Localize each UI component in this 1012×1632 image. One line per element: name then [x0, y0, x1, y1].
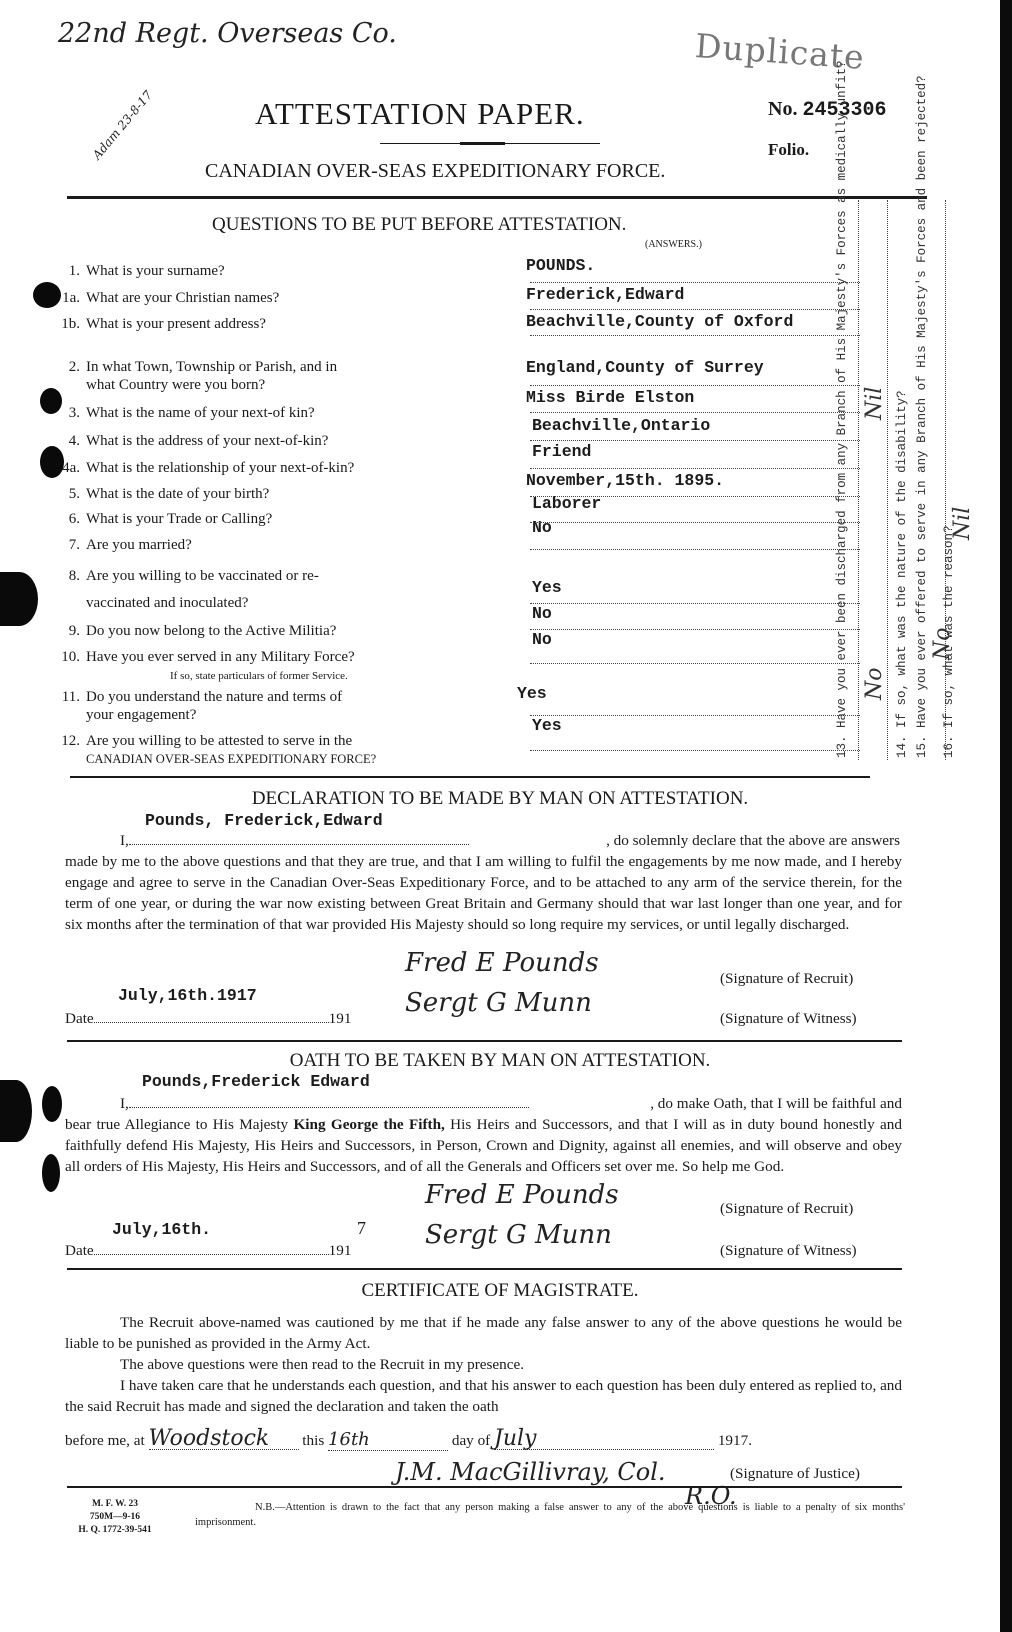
certificate-day: 16th: [328, 1429, 448, 1451]
question-1a: 1a.What are your Christian names?: [50, 289, 530, 307]
answer-3: Miss Birde Elston: [526, 388, 694, 407]
oath-lead-text: , do make Oath, that I will be faithful …: [565, 1093, 902, 1114]
answer-1: POUNDS.: [526, 256, 595, 275]
side-question-14: 14. If so, what was the nature of the di…: [895, 390, 909, 758]
declaration-witness-signature: Sergt G Munn: [405, 988, 592, 1018]
question-5: 5.What is the date of your birth?: [50, 485, 530, 503]
declaration-witness-sig-label: (Signature of Witness): [720, 1008, 857, 1029]
answer-line: [530, 440, 860, 441]
justice-sig-label: (Signature of Justice): [730, 1463, 860, 1484]
answer-line: [530, 549, 860, 550]
declaration-date-line: Date191: [65, 1008, 351, 1029]
answer-11: Yes: [517, 684, 547, 703]
certificate-heading: CERTIFICATE OF MAGISTRATE.: [0, 1280, 1000, 1302]
answer-8: Yes: [532, 578, 562, 597]
section-rule: [67, 1268, 902, 1270]
question-4: 4.What is the address of your next-of-ki…: [50, 432, 530, 450]
declaration-lead-text: , do solemnly declare that the above are…: [555, 830, 900, 851]
declaration-name-typed: Pounds, Frederick,Edward: [145, 811, 383, 830]
oath-witness-sig-label: (Signature of Witness): [720, 1240, 857, 1261]
answer-line: [530, 603, 860, 604]
answer-1a: Frederick,Edward: [526, 285, 684, 304]
answer-5: November,15th. 1895.: [526, 471, 724, 490]
certificate-para-3: I have taken care that he understands ea…: [65, 1375, 902, 1417]
declaration-heading: DECLARATION TO BE MADE BY MAN ON ATTESTA…: [0, 788, 1000, 810]
question-3: 3.What is the name of your next-of kin?: [50, 404, 530, 422]
answer-line: [530, 629, 860, 630]
question-12: 12.Are you willing to be attested to ser…: [50, 732, 530, 768]
header-rule: [67, 196, 927, 199]
question-1b: 1b.What is your present address?: [50, 315, 530, 333]
answer-1b: Beachville,County of Oxford: [526, 312, 793, 331]
certificate-month: July: [494, 1428, 714, 1450]
oath-body: bear true Allegiance to His Majesty King…: [65, 1114, 902, 1177]
section-rule: [67, 1486, 902, 1488]
oath-date-typed: July,16th.: [112, 1220, 211, 1239]
answer-line: [530, 309, 860, 310]
punch-hole: [0, 572, 38, 626]
document-subtitle: CANADIAN OVER-SEAS EXPEDITIONARY FORCE.: [205, 160, 665, 183]
declaration-date-typed: July,16th.1917: [118, 986, 257, 1005]
title-underline-accent: [460, 142, 505, 145]
declaration-recruit-sig-label: (Signature of Recruit): [720, 968, 853, 989]
certificate-place: Woodstock: [149, 1428, 299, 1450]
declaration-lead: I,: [120, 830, 500, 851]
declaration-recruit-signature: Fred E Pounds: [405, 948, 599, 978]
margin-note-handwritten: Adam 23-8-17: [90, 88, 155, 162]
answer-line: [530, 496, 860, 497]
answer-line: [530, 282, 860, 283]
answer-9: No: [532, 604, 552, 623]
question-9: 9.Do you now belong to the Active Militi…: [50, 622, 530, 640]
question-1: 1.What is your surname?: [50, 262, 530, 280]
question-4a: 4a.What is the relationship of your next…: [50, 459, 530, 477]
certificate-place-date-line: before me, at Woodstock this 16th day of…: [65, 1428, 905, 1451]
answer-line: [530, 468, 860, 469]
form-codes: M. F. W. 23 750M—9-16 H. Q. 1772-39-541: [55, 1498, 175, 1537]
answer-7: No: [532, 518, 552, 537]
section-rule: [70, 776, 870, 778]
punch-hole: [0, 1080, 32, 1142]
oath-recruit-signature: Fred E Pounds: [425, 1180, 619, 1210]
oath-recruit-sig-label: (Signature of Recruit): [720, 1198, 853, 1219]
oath-witness-signature: Sergt G Munn: [425, 1220, 612, 1250]
scan-edge: [1000, 0, 1012, 1632]
side-column-divider: [858, 200, 859, 760]
answer-2: England,County of Surrey: [526, 358, 764, 377]
answer-10: No: [532, 630, 552, 649]
oath-lead: I,: [120, 1093, 540, 1114]
question-8: 8.Are you willing to be vaccinated or re…: [50, 563, 530, 617]
answer-line: [530, 335, 860, 336]
question-10: 10.Have you ever served in any Military …: [50, 648, 530, 685]
certificate-year: 1917.: [718, 1432, 752, 1449]
questions-heading: QUESTIONS TO BE PUT BEFORE ATTESTATION.: [212, 214, 626, 236]
oath-name-typed: Pounds,Frederick Edward: [142, 1072, 370, 1091]
answer-line: [530, 412, 860, 413]
oath-year-suffix: 7: [357, 1218, 366, 1239]
document-title: ATTESTATION PAPER.: [255, 96, 585, 132]
footer-nb-note: N.B.—Attention is drawn to the fact that…: [195, 1500, 905, 1530]
question-11: 11.Do you understand the nature and term…: [50, 688, 530, 724]
record-number-label: No.: [768, 98, 797, 120]
side-question-16: 16. If so, what was the reason?: [942, 525, 956, 758]
answer-line: [530, 750, 860, 751]
record-number: No. 2453306: [768, 98, 886, 122]
side-answer-16: Nil: [950, 507, 975, 540]
certificate-para-1: The Recruit above-named was cautioned by…: [65, 1312, 902, 1354]
answer-line: [530, 663, 860, 664]
certificate-para-2: The above questions were then read to th…: [65, 1354, 902, 1375]
side-question-15: 15. Have you ever offered to serve in an…: [915, 75, 929, 758]
punch-hole: [42, 1154, 60, 1192]
answer-line: [530, 522, 860, 523]
folio-label: Folio.: [768, 140, 809, 160]
side-answer-13: No: [862, 668, 887, 701]
answer-line: [530, 385, 860, 386]
side-question-13: 13. Have you ever been discharged from a…: [835, 60, 849, 758]
answer-4a: Friend: [532, 442, 591, 461]
unit-note-handwritten: 22nd Regt. Overseas Co.: [58, 18, 397, 49]
punch-hole: [42, 1086, 62, 1122]
question-6: 6.What is your Trade or Calling?: [50, 510, 530, 528]
answer-4: Beachville,Ontario: [532, 416, 710, 435]
oath-heading: OATH TO BE TAKEN BY MAN ON ATTESTATION.: [0, 1050, 1000, 1072]
side-column-divider: [887, 200, 888, 760]
section-rule: [67, 1040, 902, 1042]
oath-date-line: Date191: [65, 1240, 351, 1261]
question-7: 7.Are you married?: [50, 536, 530, 554]
side-answer-14: Nil: [862, 387, 887, 420]
question-2: 2.In what Town, Township or Parish, and …: [50, 358, 530, 394]
answers-label: (ANSWERS.): [645, 239, 702, 250]
answer-12: Yes: [532, 716, 562, 735]
answer-line: [530, 715, 860, 716]
justice-signature: J.M. MacGillivray, Col.: [395, 1458, 666, 1486]
declaration-body: made by me to the above questions and th…: [65, 851, 902, 935]
